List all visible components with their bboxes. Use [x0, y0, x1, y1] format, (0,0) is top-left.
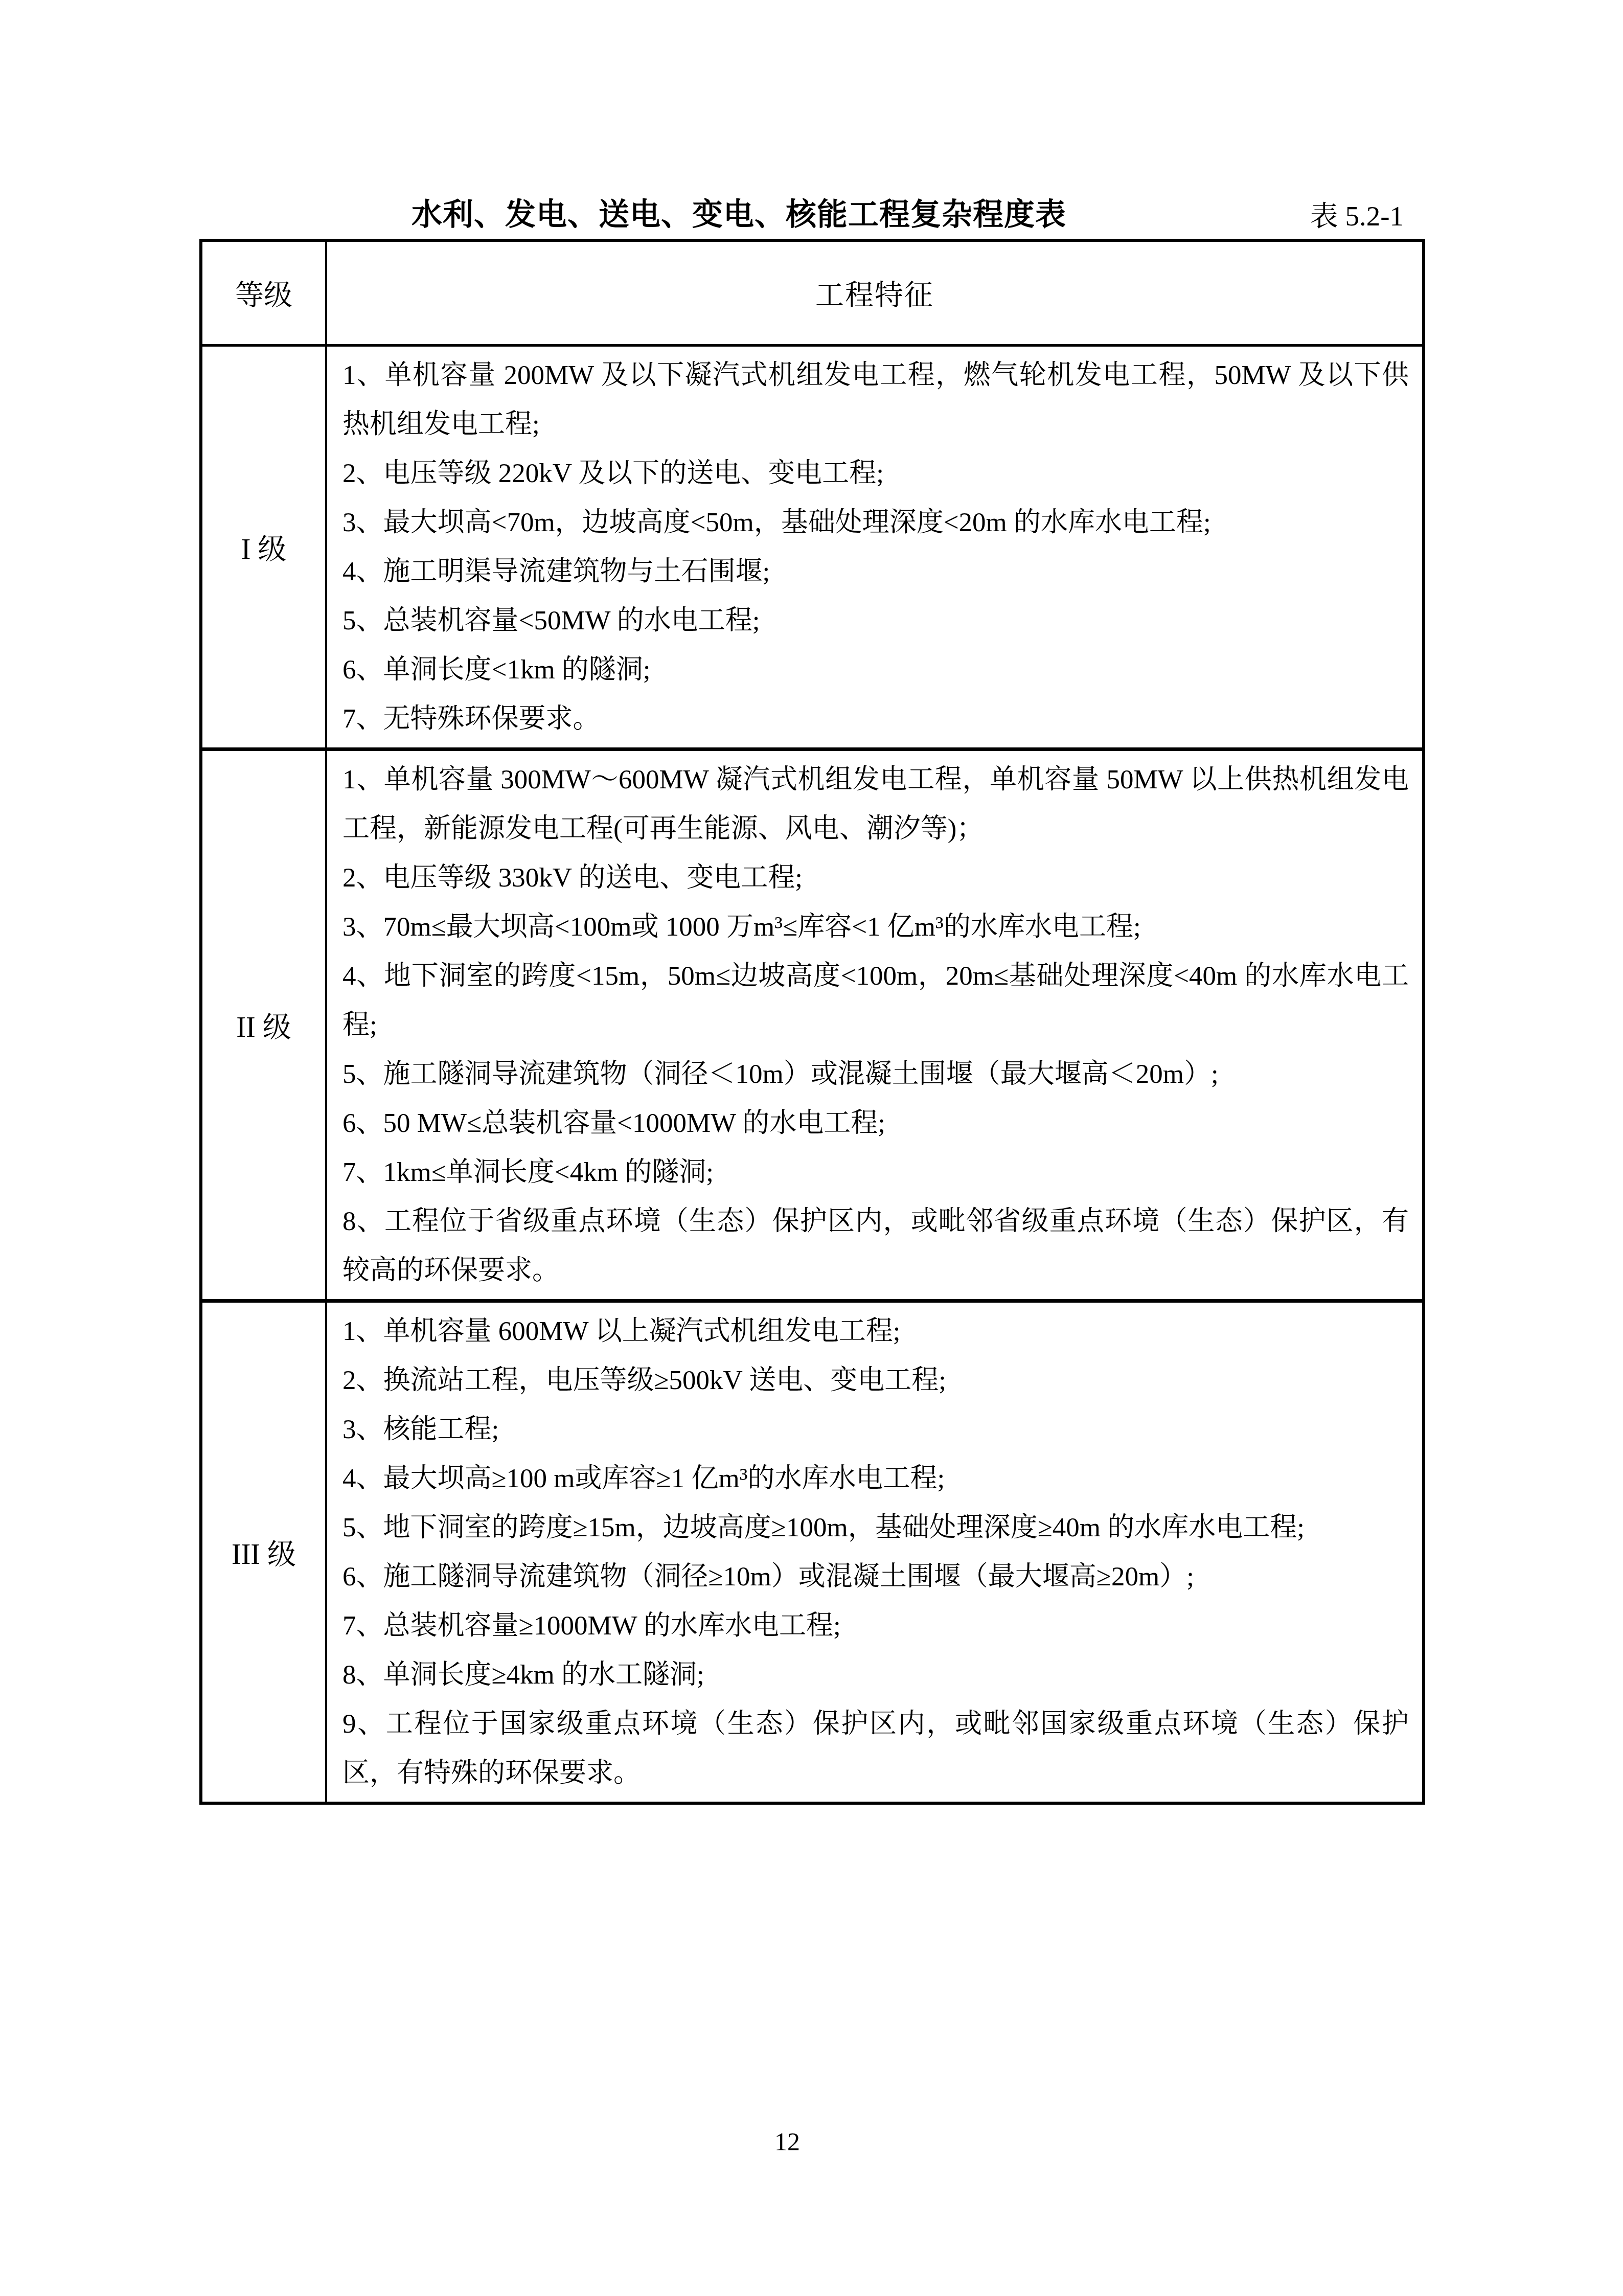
features-cell: 1、单机容量 300MW～600MW 凝汽式机组发电工程，单机容量 50MW 以… — [327, 751, 1422, 1299]
feature-item: 6、50 MW≤总装机容量<1000MW 的水电工程; — [342, 1099, 1409, 1148]
feature-item: 9、工程位于国家级重点环境（生态）保护区内，或毗邻国家级重点环境（生态）保护区，… — [342, 1699, 1409, 1798]
document-page: 水利、发电、送电、变电、核能工程复杂程度表 表 5.2-1 等级 工程特征 I … — [0, 0, 1623, 2296]
level-cell: III 级 — [202, 1303, 327, 1802]
feature-item: 5、总装机容量<50MW 的水电工程; — [342, 596, 1409, 645]
table-row-level-3: III 级 1、单机容量 600MW 以上凝汽式机组发电工程; 2、换流站工程，… — [202, 1303, 1422, 1802]
features-cell: 1、单机容量 200MW 及以下凝汽式机组发电工程，燃气轮机发电工程，50MW … — [327, 347, 1422, 747]
feature-item: 7、总装机容量≥1000MW 的水库水电工程; — [342, 1601, 1409, 1650]
feature-item: 8、单洞长度≥4km 的水工隧洞; — [342, 1650, 1409, 1699]
feature-item: 2、电压等级 220kV 及以下的送电、变电工程; — [342, 449, 1409, 498]
feature-item: 1、单机容量 600MW 以上凝汽式机组发电工程; — [342, 1307, 1409, 1356]
level-cell: I 级 — [202, 347, 327, 747]
feature-item: 6、单洞长度<1km 的隧洞; — [342, 645, 1409, 694]
features-cell: 1、单机容量 600MW 以上凝汽式机组发电工程; 2、换流站工程，电压等级≥5… — [327, 1303, 1422, 1802]
feature-item: 5、地下洞室的跨度≥15m，边坡高度≥100m，基础处理深度≥40m 的水库水电… — [342, 1503, 1409, 1552]
level-cell: II 级 — [202, 751, 327, 1299]
feature-item: 7、1km≤单洞长度<4km 的隧洞; — [342, 1148, 1409, 1197]
feature-item: 8、工程位于省级重点环境（生态）保护区内，或毗邻省级重点环境（生态）保护区，有较… — [342, 1197, 1409, 1295]
table-row-level-1: I 级 1、单机容量 200MW 及以下凝汽式机组发电工程，燃气轮机发电工程，5… — [202, 347, 1422, 751]
feature-item: 3、最大坝高<70m，边坡高度<50m，基础处理深度<20m 的水库水电工程; — [342, 498, 1409, 547]
page-number: 12 — [0, 2127, 1574, 2156]
table-title: 水利、发电、送电、变电、核能工程复杂程度表 — [412, 190, 1066, 234]
feature-item: 7、无特殊环保要求。 — [342, 694, 1409, 743]
feature-item: 3、70m≤最大坝高<100m或 1000 万m³≤库容<1 亿m³的水库水电工… — [342, 902, 1409, 951]
feature-item: 3、核能工程; — [342, 1405, 1409, 1454]
feature-item: 1、单机容量 200MW 及以下凝汽式机组发电工程，燃气轮机发电工程，50MW … — [342, 351, 1409, 449]
table-number-label: 表 5.2-1 — [1310, 193, 1404, 234]
feature-item: 6、施工隧洞导流建筑物（洞径≥10m）或混凝土围堰（最大堰高≥20m）; — [342, 1552, 1409, 1601]
feature-item: 4、最大坝高≥100 m或库容≥1 亿m³的水库水电工程; — [342, 1454, 1409, 1503]
header-cell-feature: 工程特征 — [327, 242, 1422, 344]
feature-item: 4、地下洞室的跨度<15m，50m≤边坡高度<100m，20m≤基础处理深度<4… — [342, 951, 1409, 1050]
feature-item: 1、单机容量 300MW～600MW 凝汽式机组发电工程，单机容量 50MW 以… — [342, 755, 1409, 853]
table-header-row: 等级 工程特征 — [202, 242, 1422, 347]
feature-item: 2、换流站工程，电压等级≥500kV 送电、变电工程; — [342, 1356, 1409, 1405]
feature-item: 5、施工隧洞导流建筑物（洞径＜10m）或混凝土围堰（最大堰高＜20m）; — [342, 1050, 1409, 1099]
table-row-level-2: II 级 1、单机容量 300MW～600MW 凝汽式机组发电工程，单机容量 5… — [202, 751, 1422, 1303]
feature-item: 2、电压等级 330kV 的送电、变电工程; — [342, 853, 1409, 902]
header-cell-level: 等级 — [202, 242, 327, 344]
complexity-table: 等级 工程特征 I 级 1、单机容量 200MW 及以下凝汽式机组发电工程，燃气… — [199, 239, 1425, 1805]
document-header: 水利、发电、送电、变电、核能工程复杂程度表 表 5.2-1 — [199, 190, 1425, 239]
feature-item: 4、施工明渠导流建筑物与土石围堰; — [342, 547, 1409, 596]
